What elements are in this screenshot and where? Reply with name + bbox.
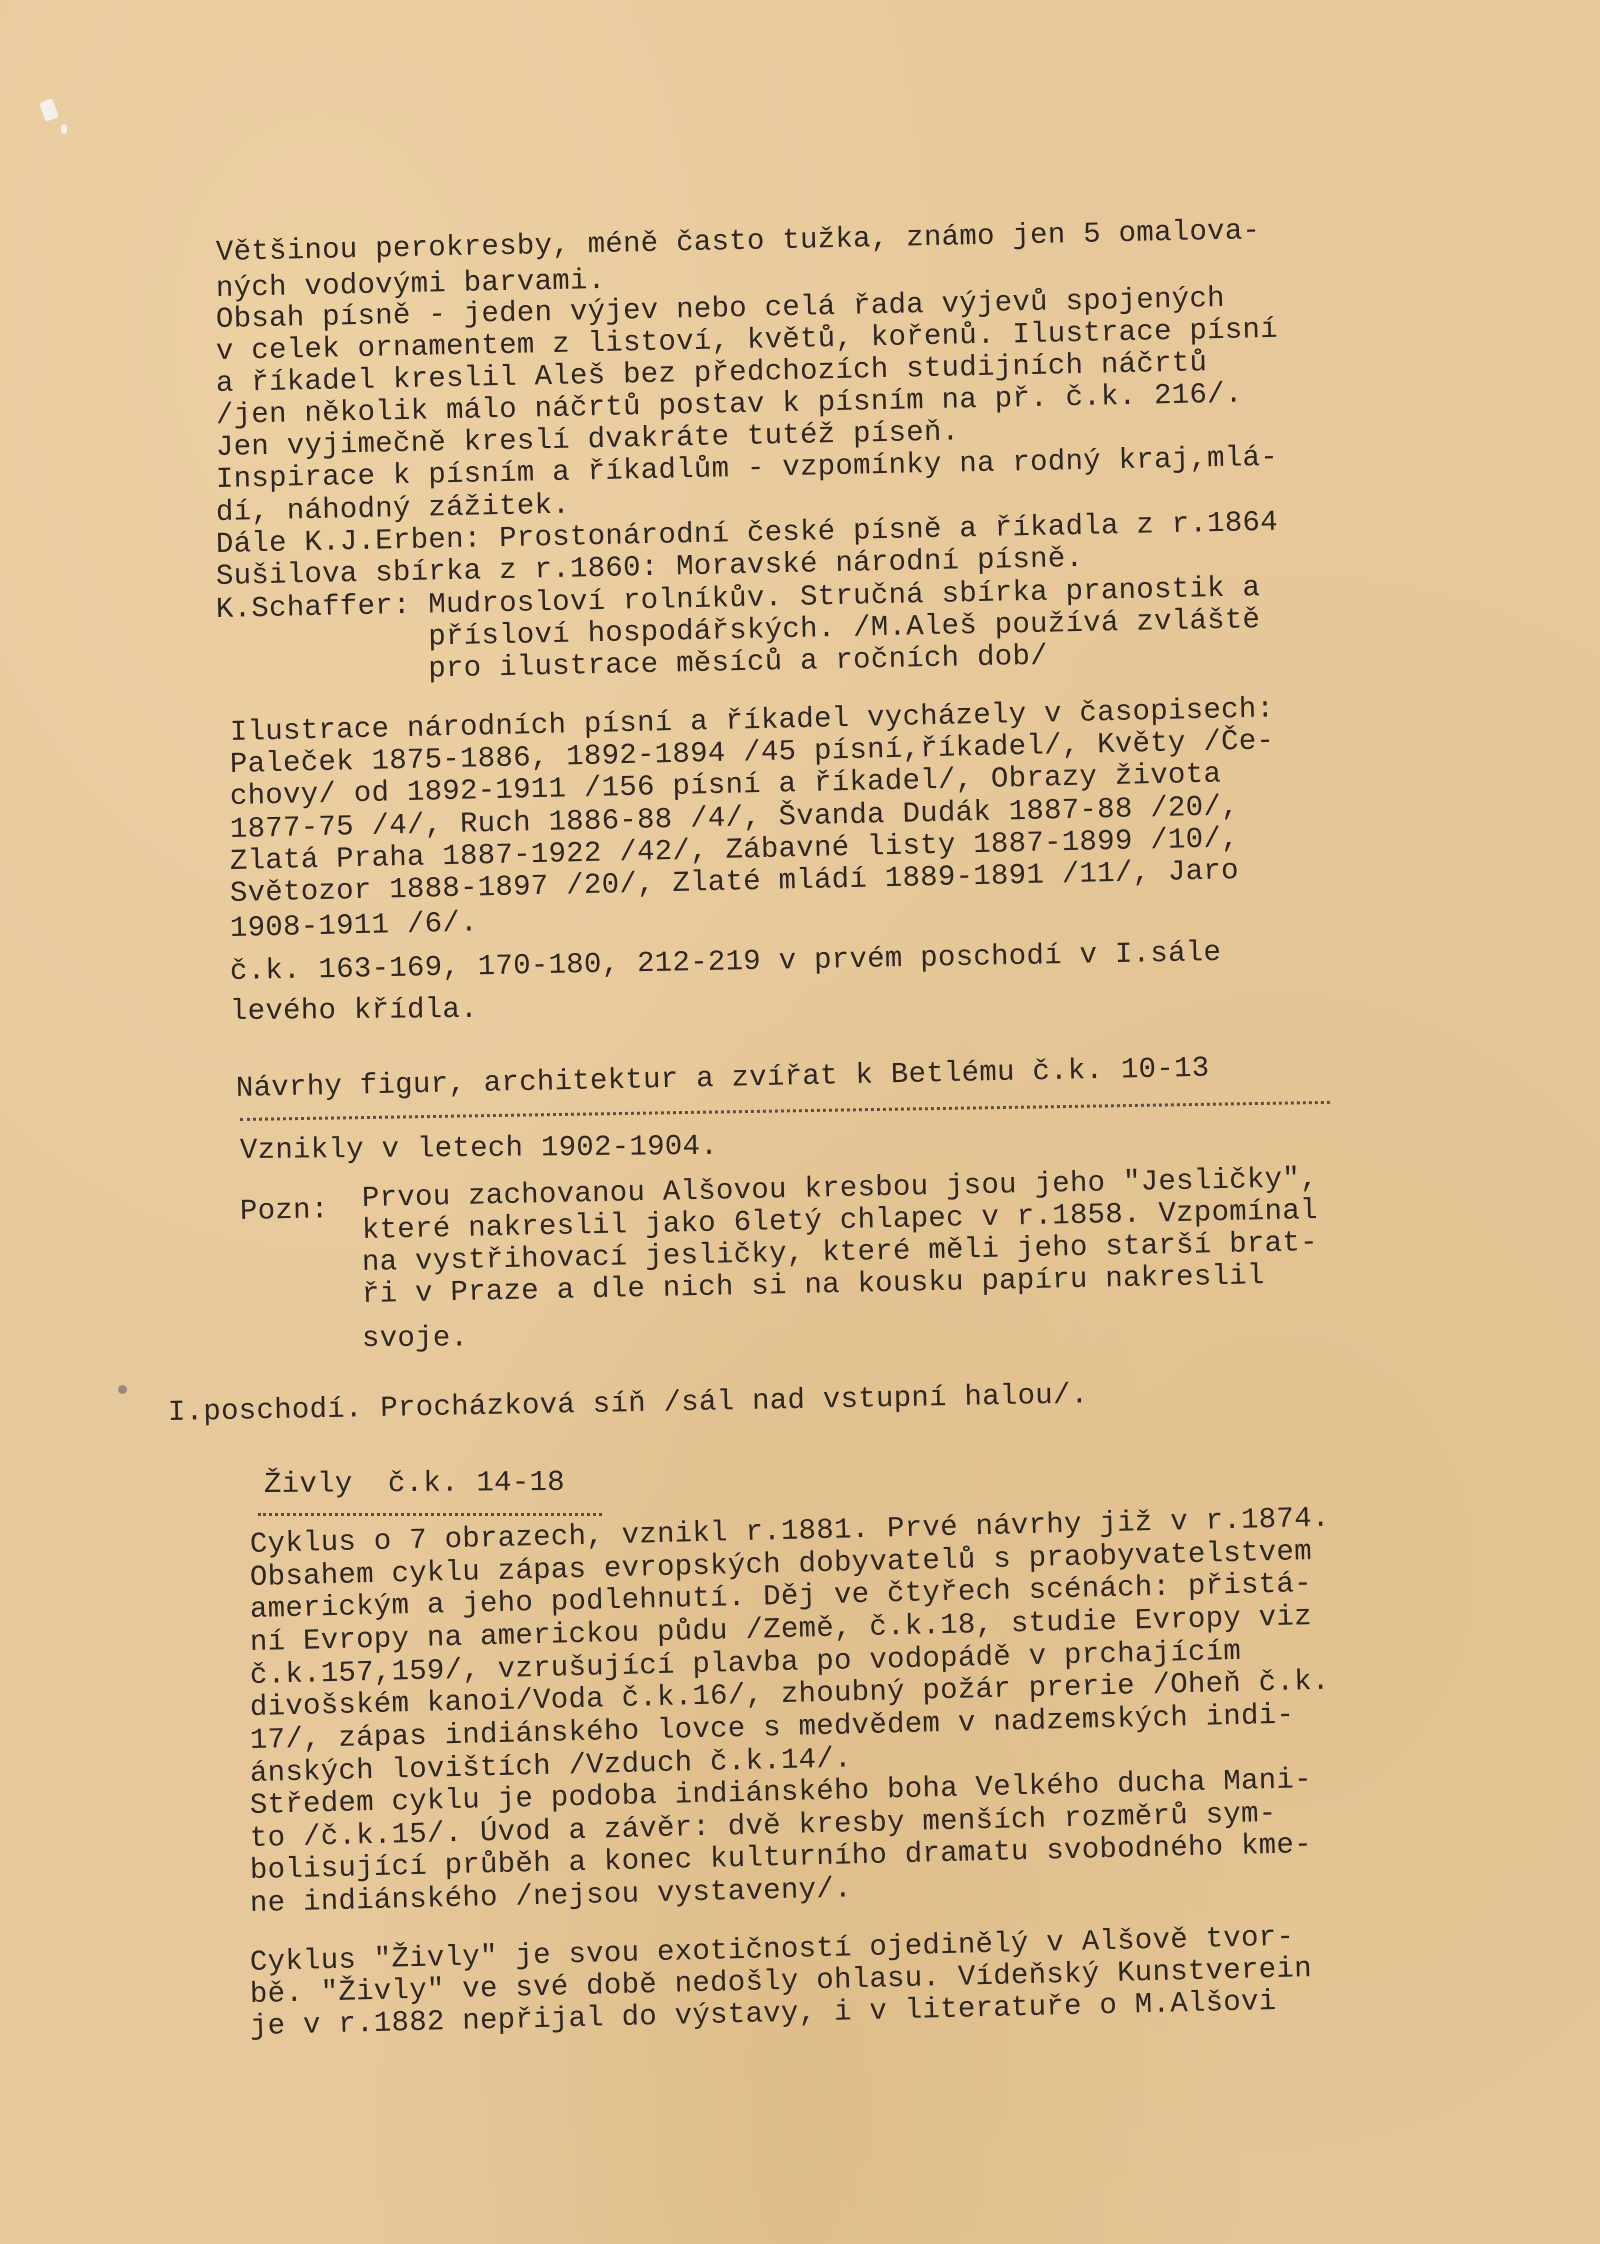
section-heading: Živly č.k. 14-18 [264, 1466, 565, 1502]
heading-underline [258, 1513, 602, 1516]
paper-tear-mark [39, 98, 59, 122]
paper-tear-mark [61, 124, 67, 134]
text-line: svoje. [362, 1321, 468, 1356]
typewritten-page: Většinou perokresby, méně často tužka, z… [0, 0, 1600, 2244]
text-line: Vznikly v letech 1902-1904. [240, 1130, 718, 1168]
text-line: Většinou perokresby, méně často tužka, z… [216, 214, 1261, 270]
text-line: č.k. 163-169, 170-180, 212-219 v prvém p… [230, 936, 1222, 989]
heading-underline [240, 1101, 1330, 1121]
note-label: Pozn: [240, 1193, 329, 1229]
ink-spot [118, 1385, 127, 1394]
text-line: 1908-1911 /6/. [230, 906, 479, 946]
section-heading: Návrhy figur, architektur a zvířat k Bet… [236, 1052, 1210, 1106]
floor-heading: I.poschodí. Procházková síň /sál nad vst… [168, 1378, 1089, 1430]
text-line: levého křídla. [230, 993, 478, 1029]
